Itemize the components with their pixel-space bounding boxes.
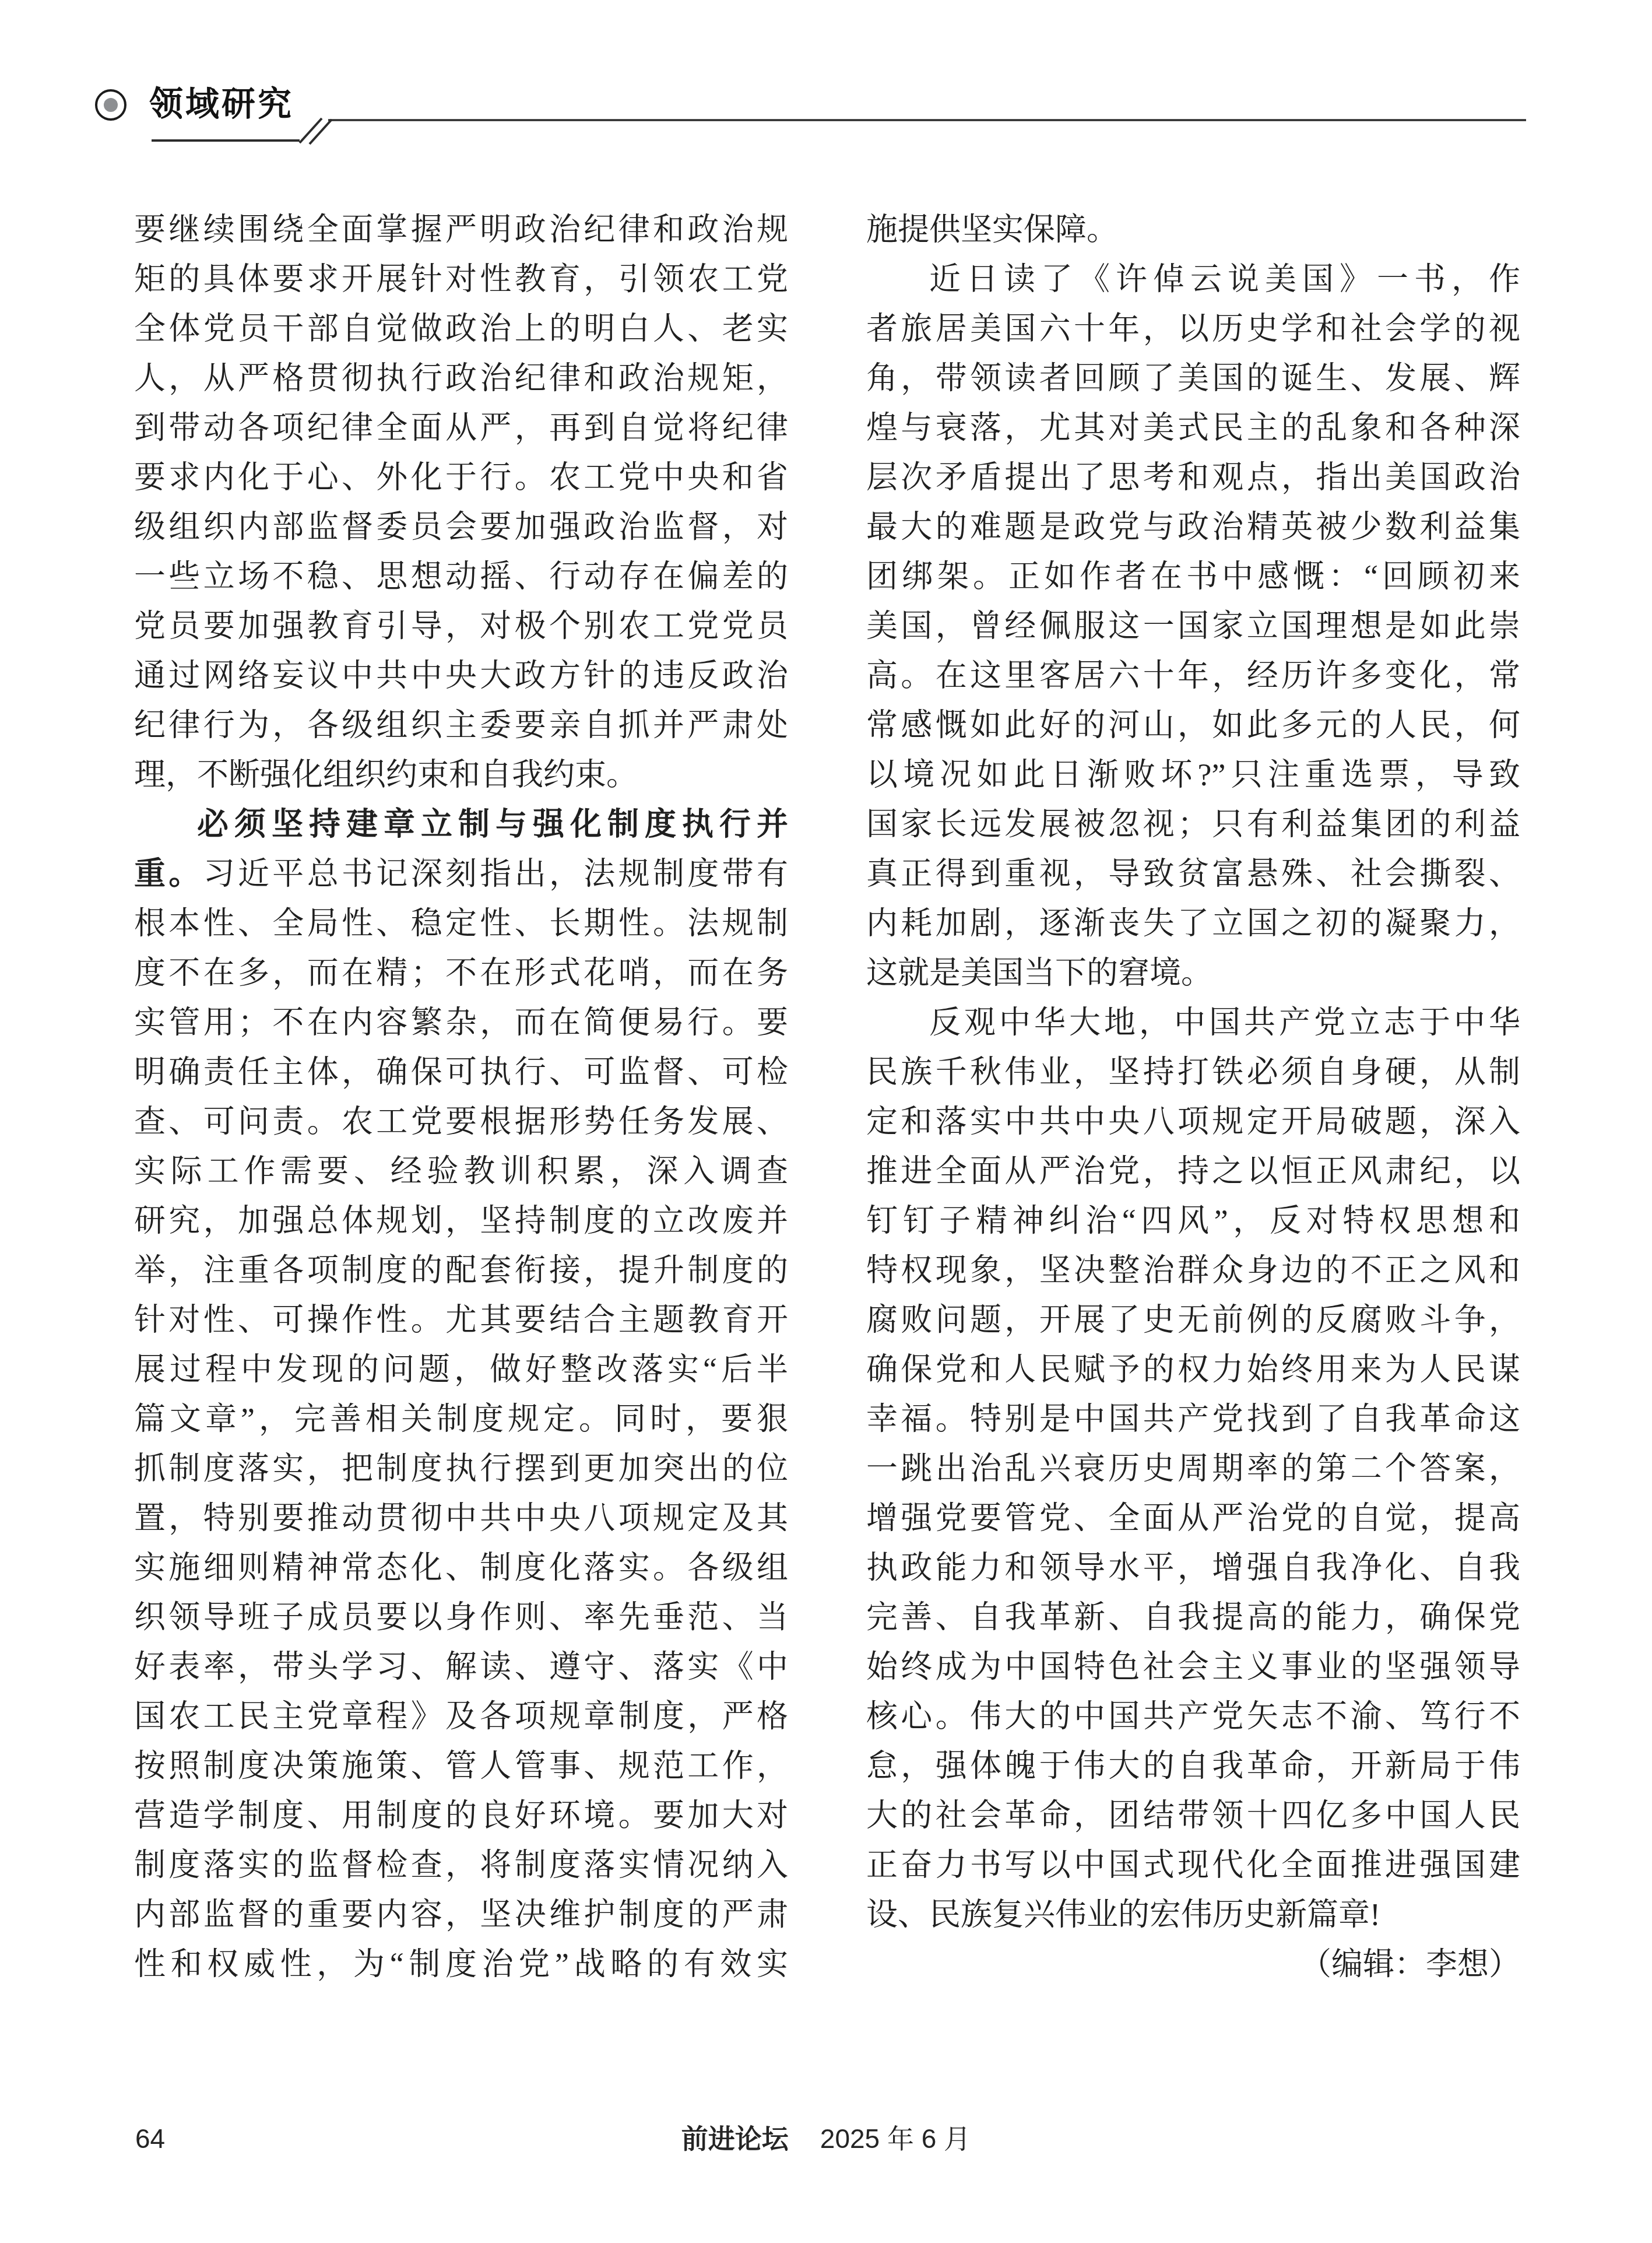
text-line: 大的社会革命，团结带领十四亿多中国人民 xyxy=(866,1791,1520,1841)
text-line: 内部监督的重要内容，坚决维护制度的严肃 xyxy=(134,1890,788,1940)
text-line: 以境况如此日渐败坏?”只注重选票，导致 xyxy=(866,750,1520,800)
text-line: 角，带领读者回顾了美国的诞生、发展、辉 xyxy=(866,354,1520,403)
text-line: 实际工作需要、经验教训积累，深入调查 xyxy=(134,1147,788,1196)
issue-date: 2025 年 6 月 xyxy=(820,2123,971,2154)
text-line: 一跳出治乱兴衰历史周期率的第二个答案， xyxy=(866,1444,1520,1494)
text-line: 性和权威性，为“制度治党”战略的有效实 xyxy=(134,1940,788,1989)
text-line: 定和落实中共中央八项规定开局破题，深入 xyxy=(866,1097,1520,1147)
text-line: 层次矛盾提出了思考和观点，指出美国政治 xyxy=(866,453,1520,503)
text-line: 反观中华大地，中国共产党立志于中华 xyxy=(866,998,1520,1048)
text-line: 实施细则精神常态化、制度化落实。各级组 xyxy=(134,1543,788,1593)
text-line: 增强党要管党、全面从严治党的自觉，提高 xyxy=(866,1494,1520,1543)
header-divider-rule xyxy=(0,105,1652,181)
text-line: 执政能力和领导水平，增强自我净化、自我 xyxy=(866,1543,1520,1593)
journal-name: 前进论坛 xyxy=(681,2123,789,2154)
text-line: 纪律行为，各级组织主委要亲自抓并严肃处 xyxy=(134,701,788,750)
text-line: （编辑：李想） xyxy=(866,1940,1520,1989)
text-line: 钉钉子精神纠治“四风”，反对特权思想和 xyxy=(866,1196,1520,1246)
text-line: 近日读了《许倬云说美国》一书，作 xyxy=(866,255,1520,304)
text-line: 按照制度决策施策、管人管事、规范工作， xyxy=(134,1742,788,1791)
text-line: 篇文章”，完善相关制度规定。同时，要狠 xyxy=(134,1395,788,1444)
text-line: 查、可问责。农工党要根据形势任务发展、 xyxy=(134,1097,788,1147)
text-line: 推进全面从严治党，持之以恒正风肃纪，以 xyxy=(866,1147,1520,1196)
text-line: 理，不断强化组织约束和自我约束。 xyxy=(134,750,788,800)
text-line: 特权现象，坚决整治群众身边的不正之风和 xyxy=(866,1246,1520,1296)
text-line: 确保党和人民赋予的权力始终用来为人民谋 xyxy=(866,1345,1520,1395)
text-line: 矩的具体要求开展针对性教育，引领农工党 xyxy=(134,255,788,304)
text-line: 高。在这里客居六十年，经历许多变化，常 xyxy=(866,651,1520,701)
text-line: 怠，强体魄于伟大的自我革命，开新局于伟 xyxy=(866,1742,1520,1791)
footer-journal-line: 前进论坛2025 年 6 月 xyxy=(0,2121,1652,2156)
text-line: 抓制度落实，把制度执行摆到更加突出的位 xyxy=(134,1444,788,1494)
text-line: 织领导班子成员要以身作则、率先垂范、当 xyxy=(134,1593,788,1642)
text-line: 这就是美国当下的窘境。 xyxy=(866,949,1520,998)
text-line: 常感慨如此好的河山，如此多元的人民，何 xyxy=(866,701,1520,750)
text-line: 全体党员干部自觉做政治上的明白人、老实 xyxy=(134,304,788,354)
magazine-page: { "header": { "section_label": "领域研究" },… xyxy=(0,0,1652,2243)
text-line: 展过程中发现的问题，做好整改落实“后半 xyxy=(134,1345,788,1395)
text-line: 美国，曾经佩服这一国家立国理想是如此崇 xyxy=(866,602,1520,651)
text-line: 人，从严格贯彻执行政治纪律和政治规矩， xyxy=(134,354,788,403)
text-line: 幸福。特别是中国共产党找到了自我革命这 xyxy=(866,1395,1520,1444)
text-line: 国农工民主党章程》及各项规章制度，严格 xyxy=(134,1692,788,1742)
text-line: 重。习近平总书记深刻指出，法规制度带有 xyxy=(134,850,788,899)
text-line: 研究，加强总体规划，坚持制度的立改废并 xyxy=(134,1196,788,1246)
text-line: 腐败问题，开展了史无前例的反腐败斗争， xyxy=(866,1296,1520,1345)
text-line: 一些立场不稳、思想动摇、行动存在偏差的 xyxy=(134,552,788,602)
text-line: 必须坚持建章立制与强化制度执行并 xyxy=(134,800,788,850)
text-line: 要求内化于心、外化于行。农工党中央和省 xyxy=(134,453,788,503)
text-line: 要继续围绕全面掌握严明政治纪律和政治规 xyxy=(134,205,788,255)
text-line: 好表率，带头学习、解读、遵守、落实《中 xyxy=(134,1642,788,1692)
text-line: 内耗加剧，逐渐丧失了立国之初的凝聚力， xyxy=(866,899,1520,949)
text-line: 针对性、可操作性。尤其要结合主题教育开 xyxy=(134,1296,788,1345)
text-line: 明确责任主体，确保可执行、可监督、可检 xyxy=(134,1048,788,1097)
text-line: 举，注重各项制度的配套衔接，提升制度的 xyxy=(134,1246,788,1296)
left-text-column: 要继续围绕全面掌握严明政治纪律和政治规矩的具体要求开展针对性教育，引领农工党全体… xyxy=(134,205,788,1989)
text-line: 通过网络妄议中共中央大政方针的违反政治 xyxy=(134,651,788,701)
text-line: 党员要加强教育引导，对极个别农工党党员 xyxy=(134,602,788,651)
text-line: 者旅居美国六十年，以历史学和社会学的视 xyxy=(866,304,1520,354)
text-line: 最大的难题是政党与政治精英被少数利益集 xyxy=(866,503,1520,552)
text-line: 真正得到重视，导致贫富悬殊、社会撕裂、 xyxy=(866,850,1520,899)
text-line: 到带动各项纪律全面从严，再到自觉将纪律 xyxy=(134,403,788,453)
text-line: 国家长远发展被忽视；只有利益集团的利益 xyxy=(866,800,1520,850)
text-line: 营造学制度、用制度的良好环境。要加大对 xyxy=(134,1791,788,1841)
text-line: 施提供坚实保障。 xyxy=(866,205,1520,255)
right-text-column: 施提供坚实保障。近日读了《许倬云说美国》一书，作者旅居美国六十年，以历史学和社会… xyxy=(866,205,1520,1989)
text-line: 置，特别要推动贯彻中共中央八项规定及其 xyxy=(134,1494,788,1543)
text-line: 煌与衰落，尤其对美式民主的乱象和各种深 xyxy=(866,403,1520,453)
text-line: 级组织内部监督委员会要加强政治监督，对 xyxy=(134,503,788,552)
text-line: 完善、自我革新、自我提高的能力，确保党 xyxy=(866,1593,1520,1642)
text-line: 实管用；不在内容繁杂，而在简便易行。要 xyxy=(134,998,788,1048)
text-line: 设、民族复兴伟业的宏伟历史新篇章! xyxy=(866,1890,1520,1940)
text-line: 制度落实的监督检查，将制度落实情况纳入 xyxy=(134,1841,788,1890)
text-line: 民族千秋伟业，坚持打铁必须自身硬，从制 xyxy=(866,1048,1520,1097)
text-line: 正奋力书写以中国式现代化全面推进强国建 xyxy=(866,1841,1520,1890)
text-line: 度不在多，而在精；不在形式花哨，而在务 xyxy=(134,949,788,998)
text-line: 团绑架。正如作者在书中感慨：“回顾初来 xyxy=(866,552,1520,602)
text-line: 始终成为中国特色社会主义事业的坚强领导 xyxy=(866,1642,1520,1692)
text-line: 根本性、全局性、稳定性、长期性。法规制 xyxy=(134,899,788,949)
text-line: 核心。伟大的中国共产党矢志不渝、笃行不 xyxy=(866,1692,1520,1742)
